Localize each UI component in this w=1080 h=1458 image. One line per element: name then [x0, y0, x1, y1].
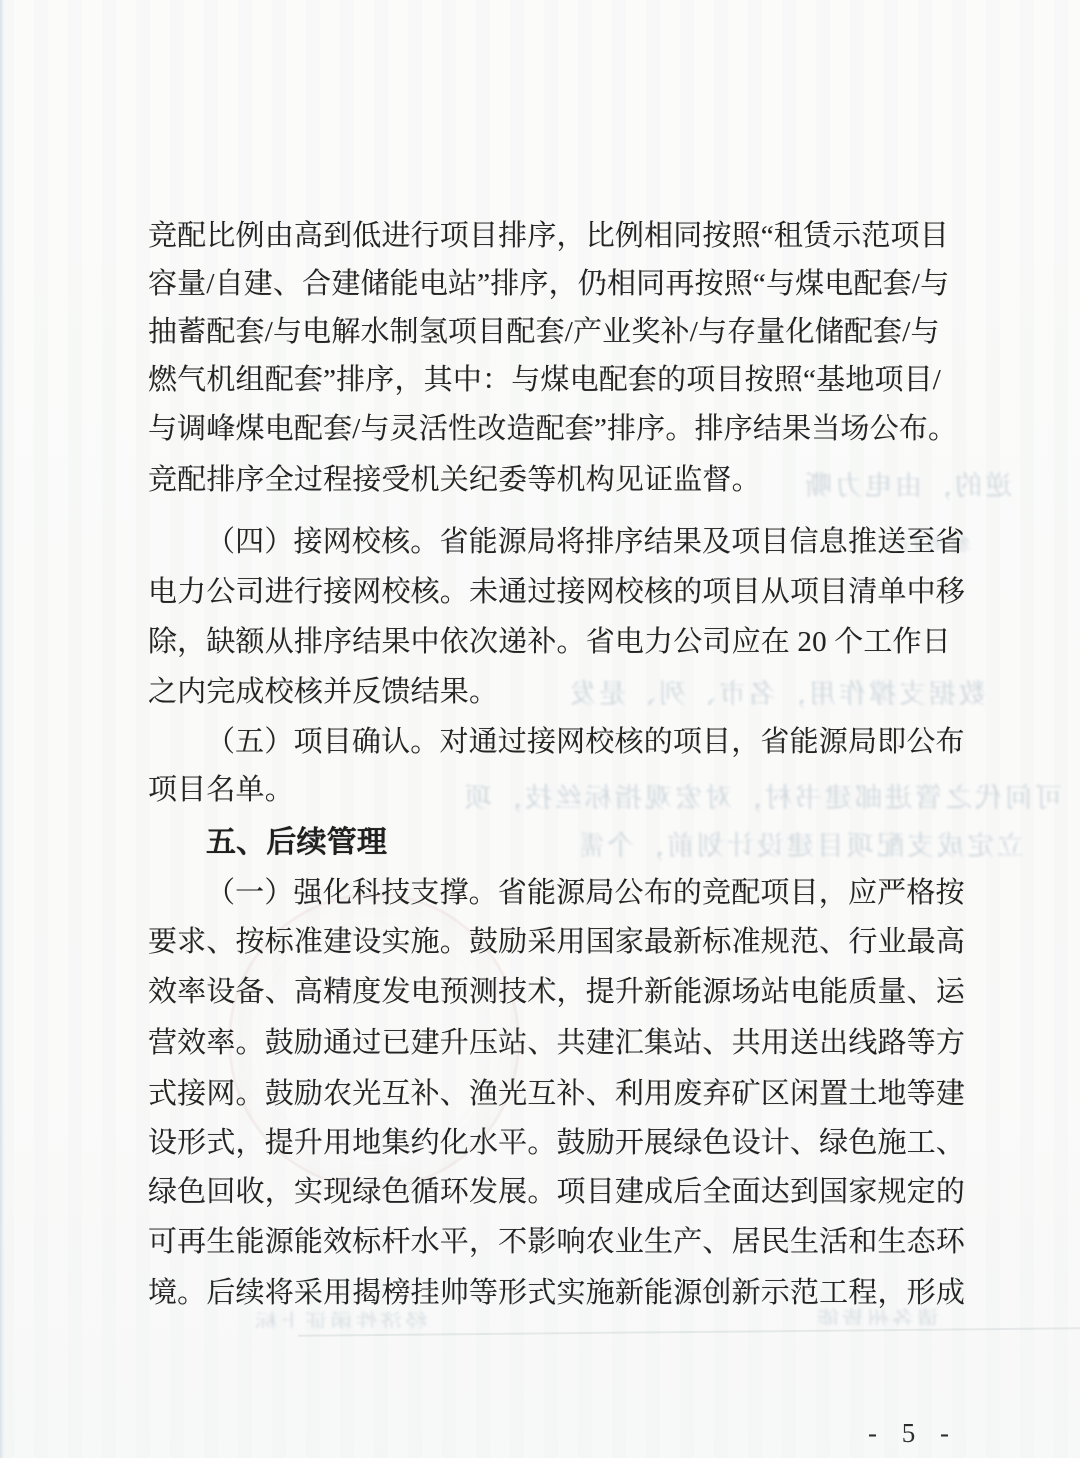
body-text-line: 之内完成校核并反馈结果。 [148, 674, 964, 710]
body-text-line: 绿色回收，实现绿色循环发展。项目建成后全面达到国家规定的 [148, 1174, 964, 1210]
body-text-line: 可再生能源能效标杆水平，不影响农业生产、居民生活和生态环 [148, 1224, 964, 1260]
body-text-line: （五）项目确认。对通过接网校核的项目，省能源局即公布 [148, 724, 964, 760]
body-text-line: 电力公司进行接网校核。未通过接网校核的项目从项目清单中移 [148, 574, 964, 610]
body-text-line: 抽蓄配套/与电解水制氢项目配套/产业奖补/与存量化储配套/与 [148, 314, 964, 350]
body-text-line: 竞配比例由高到低进行项目排序，比例相同按照“租赁示范项目 [148, 218, 964, 254]
body-text-line: 项目名单。 [148, 772, 964, 808]
body-text-line: 要求、按标准建设实施。鼓励采用国家最新标准规范、行业最高 [148, 924, 964, 960]
body-text-line: 设形式，提升用地集约化水平。鼓励开展绿色设计、绿色施工、 [148, 1125, 964, 1161]
body-text-line: 效率设备、高精度发电预测技术，提升新能源场站电能质量、运 [148, 974, 964, 1010]
section-heading: 五、后续管理 [148, 825, 964, 861]
scan-edge-strip [0, 0, 5, 1458]
body-text-line: 除，缺额从排序结果中依次递补。省电力公司应在 20 个工作日 [148, 624, 964, 660]
body-text-line: 容量/自建、合建储能电站”排序，仍相同再按照“与煤电配套/与 [148, 266, 964, 302]
body-text-line: （一）强化科技支撑。省能源局公布的竞配项目，应严格按 [148, 875, 964, 911]
body-text-line: 与调峰煤电配套/与灵活性改造配套”排序。排序结果当场公布。 [148, 411, 964, 447]
scan-crease-line [298, 1327, 1080, 1337]
body-text-line: 营效率。鼓励通过已建升压站、共建汇集站、共用送出线路等方 [148, 1025, 964, 1061]
page-number: - 5 - [868, 1418, 978, 1449]
body-text-line: 燃气机组配套”排序，其中：与煤电配套的项目按照“基地项目/ [148, 362, 964, 398]
scanned-document-page: 参考行 逆的，由电力嘶 数据支撑作用，名市、列、是发 可问代之管进邮建书村，对宏… [0, 0, 1080, 1458]
body-text-line: （四）接网校核。省能源局将排序结果及项目信息推送至省 [148, 524, 964, 560]
body-text-line: 式接网。鼓励农光互补、渔光互补、利用废弃矿区闲置土地等建 [148, 1076, 964, 1112]
body-text-line: 竞配排序全过程接受机关纪委等机构见证监督。 [148, 462, 964, 498]
body-text-line: 境。后续将采用揭榜挂帅等形式实施新能源创新示范工程，形成 [148, 1275, 964, 1311]
